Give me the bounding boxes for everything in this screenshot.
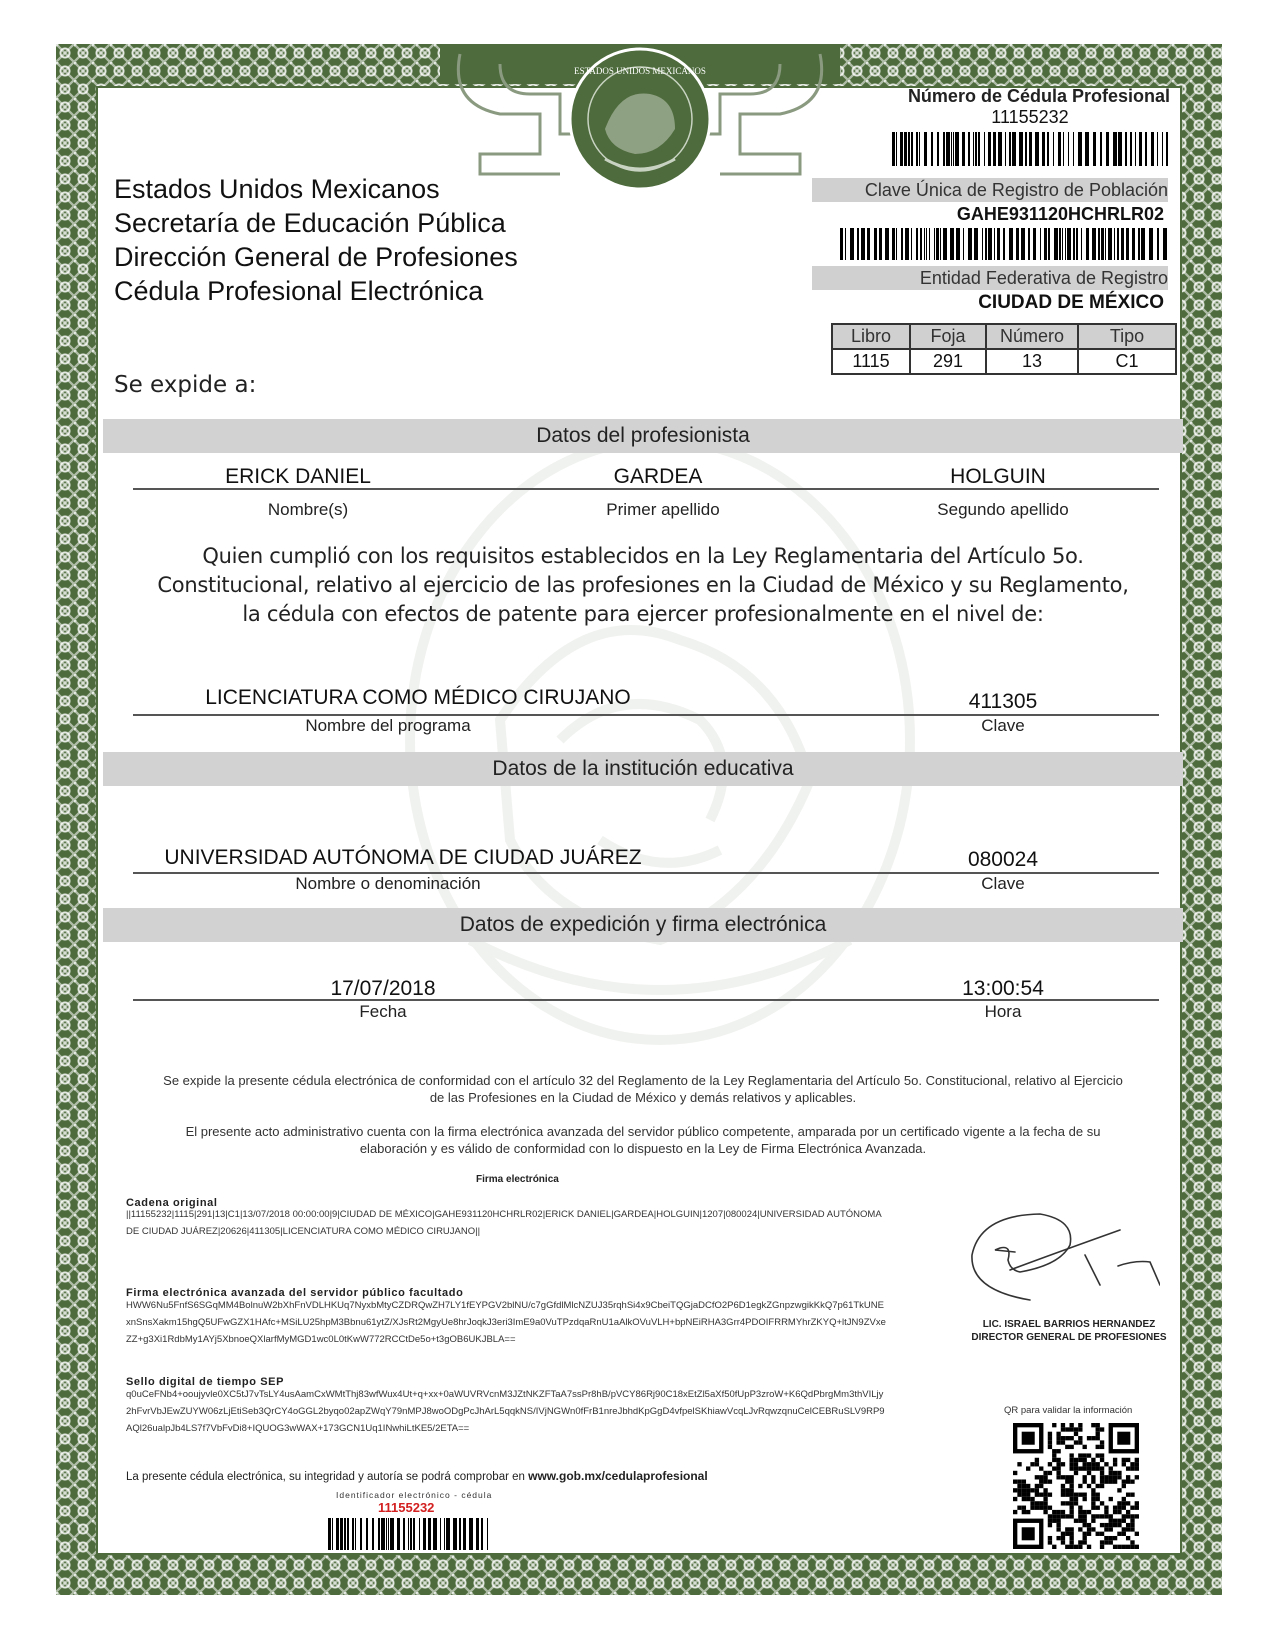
- expedicion-underline: [133, 999, 1159, 1001]
- expedicion-fields: 17/07/2018 13:00:54 Fecha Hora: [133, 977, 1159, 1027]
- hora-label: Hora: [963, 1002, 1043, 1022]
- legal-p1-line-1: Se expide la presente cédula electrónica…: [118, 1072, 1168, 1089]
- sello-digital-text: q0uCeFNb4+ooujyvle0XC5tJ7vTsLY4usAamCxWM…: [126, 1386, 956, 1437]
- firma-line-1: HWW6Nu5FnfS6SGqMM4BolnuW2bXhFnVDLHKUq7Ny…: [126, 1297, 956, 1314]
- signer-title: DIRECTOR GENERAL DE PROFESIONES: [960, 1331, 1178, 1344]
- legal-paragraph-2: El presente acto administrativo cuenta c…: [118, 1123, 1168, 1157]
- registro-header-numero: Número: [986, 324, 1078, 349]
- name-underline: [133, 488, 1159, 490]
- statement-line-3: la cédula con efectos de patente para ej…: [103, 600, 1183, 629]
- hora-value: 13:00:54: [913, 977, 1093, 1001]
- registro-numero: 13: [986, 349, 1078, 374]
- cedula-number-block: Número de Cédula Profesional 11155232: [830, 86, 1170, 166]
- legal-p2-line-2: elaboración y es válido de conformidad c…: [118, 1140, 1168, 1157]
- legal-p1-line-2: de las Profesiones en la Ciudad de Méxic…: [118, 1089, 1168, 1106]
- sello-line-3: AQl26ualpJb4LS7f7VbFvDi8+IQUOG3wWAX+173G…: [126, 1420, 956, 1437]
- cedula-number-label: Número de Cédula Profesional: [830, 86, 1170, 107]
- nombre-label: Nombre(s): [213, 500, 403, 520]
- cedula-number-value: 11155232: [890, 107, 1170, 128]
- section-institucion: Datos de la institución educativa: [103, 752, 1183, 786]
- programa-label: Nombre del programa: [263, 716, 513, 736]
- registro-foja: 291: [910, 349, 986, 374]
- legal-paragraph-1: Se expide la presente cédula electrónica…: [118, 1072, 1168, 1106]
- se-expide-label: Se expide a:: [114, 372, 256, 398]
- firma-line-3: ZZ+g3Xi1RdbMy1AYj5XbnoeQXlarfMyMGD1wc0L0…: [126, 1331, 956, 1348]
- id-number: 11155232: [378, 1500, 434, 1515]
- signature-icon: [960, 1200, 1160, 1310]
- programa-value: LICENCIATURA COMO MÉDICO CIRUJANO: [173, 686, 663, 710]
- section-profesionista: Datos del profesionista: [103, 419, 1183, 453]
- header-line-document-type: Cédula Profesional Electrónica: [114, 274, 518, 308]
- verification-link[interactable]: www.gob.mx/cedulaprofesional: [528, 1469, 708, 1483]
- header-line-secretariat: Secretaría de Educación Pública: [114, 206, 518, 240]
- fecha-value: 17/07/2018: [283, 977, 483, 1001]
- entidad-value: CIUDAD DE MÉXICO: [812, 292, 1164, 314]
- segundo-apellido-label: Segundo apellido: [903, 500, 1103, 520]
- statement-line-1: Quien cumplió con los requisitos estable…: [103, 542, 1183, 571]
- statement-line-2: Constitucional, relativo al ejercicio de…: [103, 571, 1183, 600]
- barcode-icon: [892, 132, 1172, 166]
- section-expedicion: Datos de expedición y firma electrónica: [103, 908, 1183, 942]
- registro-header-tipo: Tipo: [1078, 324, 1176, 349]
- fecha-label: Fecha: [333, 1002, 433, 1022]
- header-line-directorate: Dirección General de Profesiones: [114, 240, 518, 274]
- registro-tipo: C1: [1078, 349, 1176, 374]
- issuer-header: Estados Unidos Mexicanos Secretaría de E…: [114, 172, 518, 308]
- sello-line-2: 2hFvrVbJEwZUYW06zLjEtiSeb3QrCY4oGGL2byqo…: [126, 1403, 956, 1420]
- verification-text-body: La presente cédula electrónica, su integ…: [126, 1471, 528, 1483]
- entidad-label: Entidad Federativa de Registro: [812, 266, 1168, 290]
- institucion-value: UNIVERSIDAD AUTÓNOMA DE CIUDAD JUÁREZ: [133, 846, 673, 870]
- verification-text: La presente cédula electrónica, su integ…: [126, 1469, 708, 1483]
- institucion-label: Nombre o denominación: [263, 874, 513, 894]
- cadena-line-1: ||11155232|1115|291|13|C1|13/07/2018 00:…: [126, 1206, 956, 1223]
- curp-value: GAHE931120HCHRLR02: [812, 204, 1164, 225]
- registro-table: Libro Foja Número Tipo 1115 291 13 C1: [831, 323, 1177, 375]
- id-label: Identificador electrónico - cédula: [336, 1490, 492, 1500]
- firma-line-2: xnSnsXakm15hgQ5UFwGZX1HAfc+MSiLU25hpM3Bb…: [126, 1314, 956, 1331]
- programa-clave-label: Clave: [963, 716, 1043, 736]
- firma-electronica-heading: Firma electrónica: [476, 1174, 559, 1185]
- cadena-original-text: ||11155232|1115|291|13|C1|13/07/2018 00:…: [126, 1206, 956, 1240]
- qr-label: QR para validar la información: [1004, 1405, 1132, 1416]
- primer-apellido-label: Primer apellido: [563, 500, 763, 520]
- id-barcode-icon: [328, 1518, 492, 1550]
- qr-code-icon[interactable]: [1013, 1423, 1139, 1549]
- institucion-clave-value: 080024: [913, 848, 1093, 872]
- crest-text: ESTADOS UNIDOS MEXICANOS: [574, 66, 706, 76]
- curp-barcode-icon: [840, 228, 1170, 260]
- programa-clave-value: 411305: [913, 690, 1093, 714]
- curp-label: Clave Única de Registro de Población: [812, 178, 1168, 202]
- registro-libro: 1115: [832, 349, 910, 374]
- signer-name: LIC. ISRAEL BARRIOS HERNANDEZ: [960, 1318, 1178, 1331]
- header-line-country: Estados Unidos Mexicanos: [114, 172, 518, 206]
- registro-header-libro: Libro: [832, 324, 910, 349]
- nombre-value: ERICK DANIEL: [133, 465, 463, 489]
- registro-header-foja: Foja: [910, 324, 986, 349]
- segundo-apellido-value: HOLGUIN: [853, 465, 1143, 489]
- signer-block: LIC. ISRAEL BARRIOS HERNANDEZ DIRECTOR G…: [960, 1318, 1178, 1344]
- firma-avanzada-text: HWW6Nu5FnfS6SGqMM4BolnuW2bXhFnVDLHKUq7Ny…: [126, 1297, 956, 1348]
- requirements-statement: Quien cumplió con los requisitos estable…: [103, 542, 1183, 629]
- primer-apellido-value: GARDEA: [513, 465, 803, 489]
- profesionista-fields: ERICK DANIEL GARDEA HOLGUIN Nombre(s) Pr…: [133, 462, 1159, 522]
- legal-p2-line-1: El presente acto administrativo cuenta c…: [118, 1123, 1168, 1140]
- cadena-line-2: DE CIUDAD JUÁREZ|20626|411305|LICENCIATU…: [126, 1223, 956, 1240]
- programa-fields: LICENCIATURA COMO MÉDICO CIRUJANO 411305…: [133, 686, 1159, 736]
- sello-line-1: q0uCeFNb4+ooujyvle0XC5tJ7vTsLY4usAamCxWM…: [126, 1386, 956, 1403]
- institucion-clave-label: Clave: [963, 874, 1043, 894]
- institucion-fields: UNIVERSIDAD AUTÓNOMA DE CIUDAD JUÁREZ 08…: [133, 846, 1159, 896]
